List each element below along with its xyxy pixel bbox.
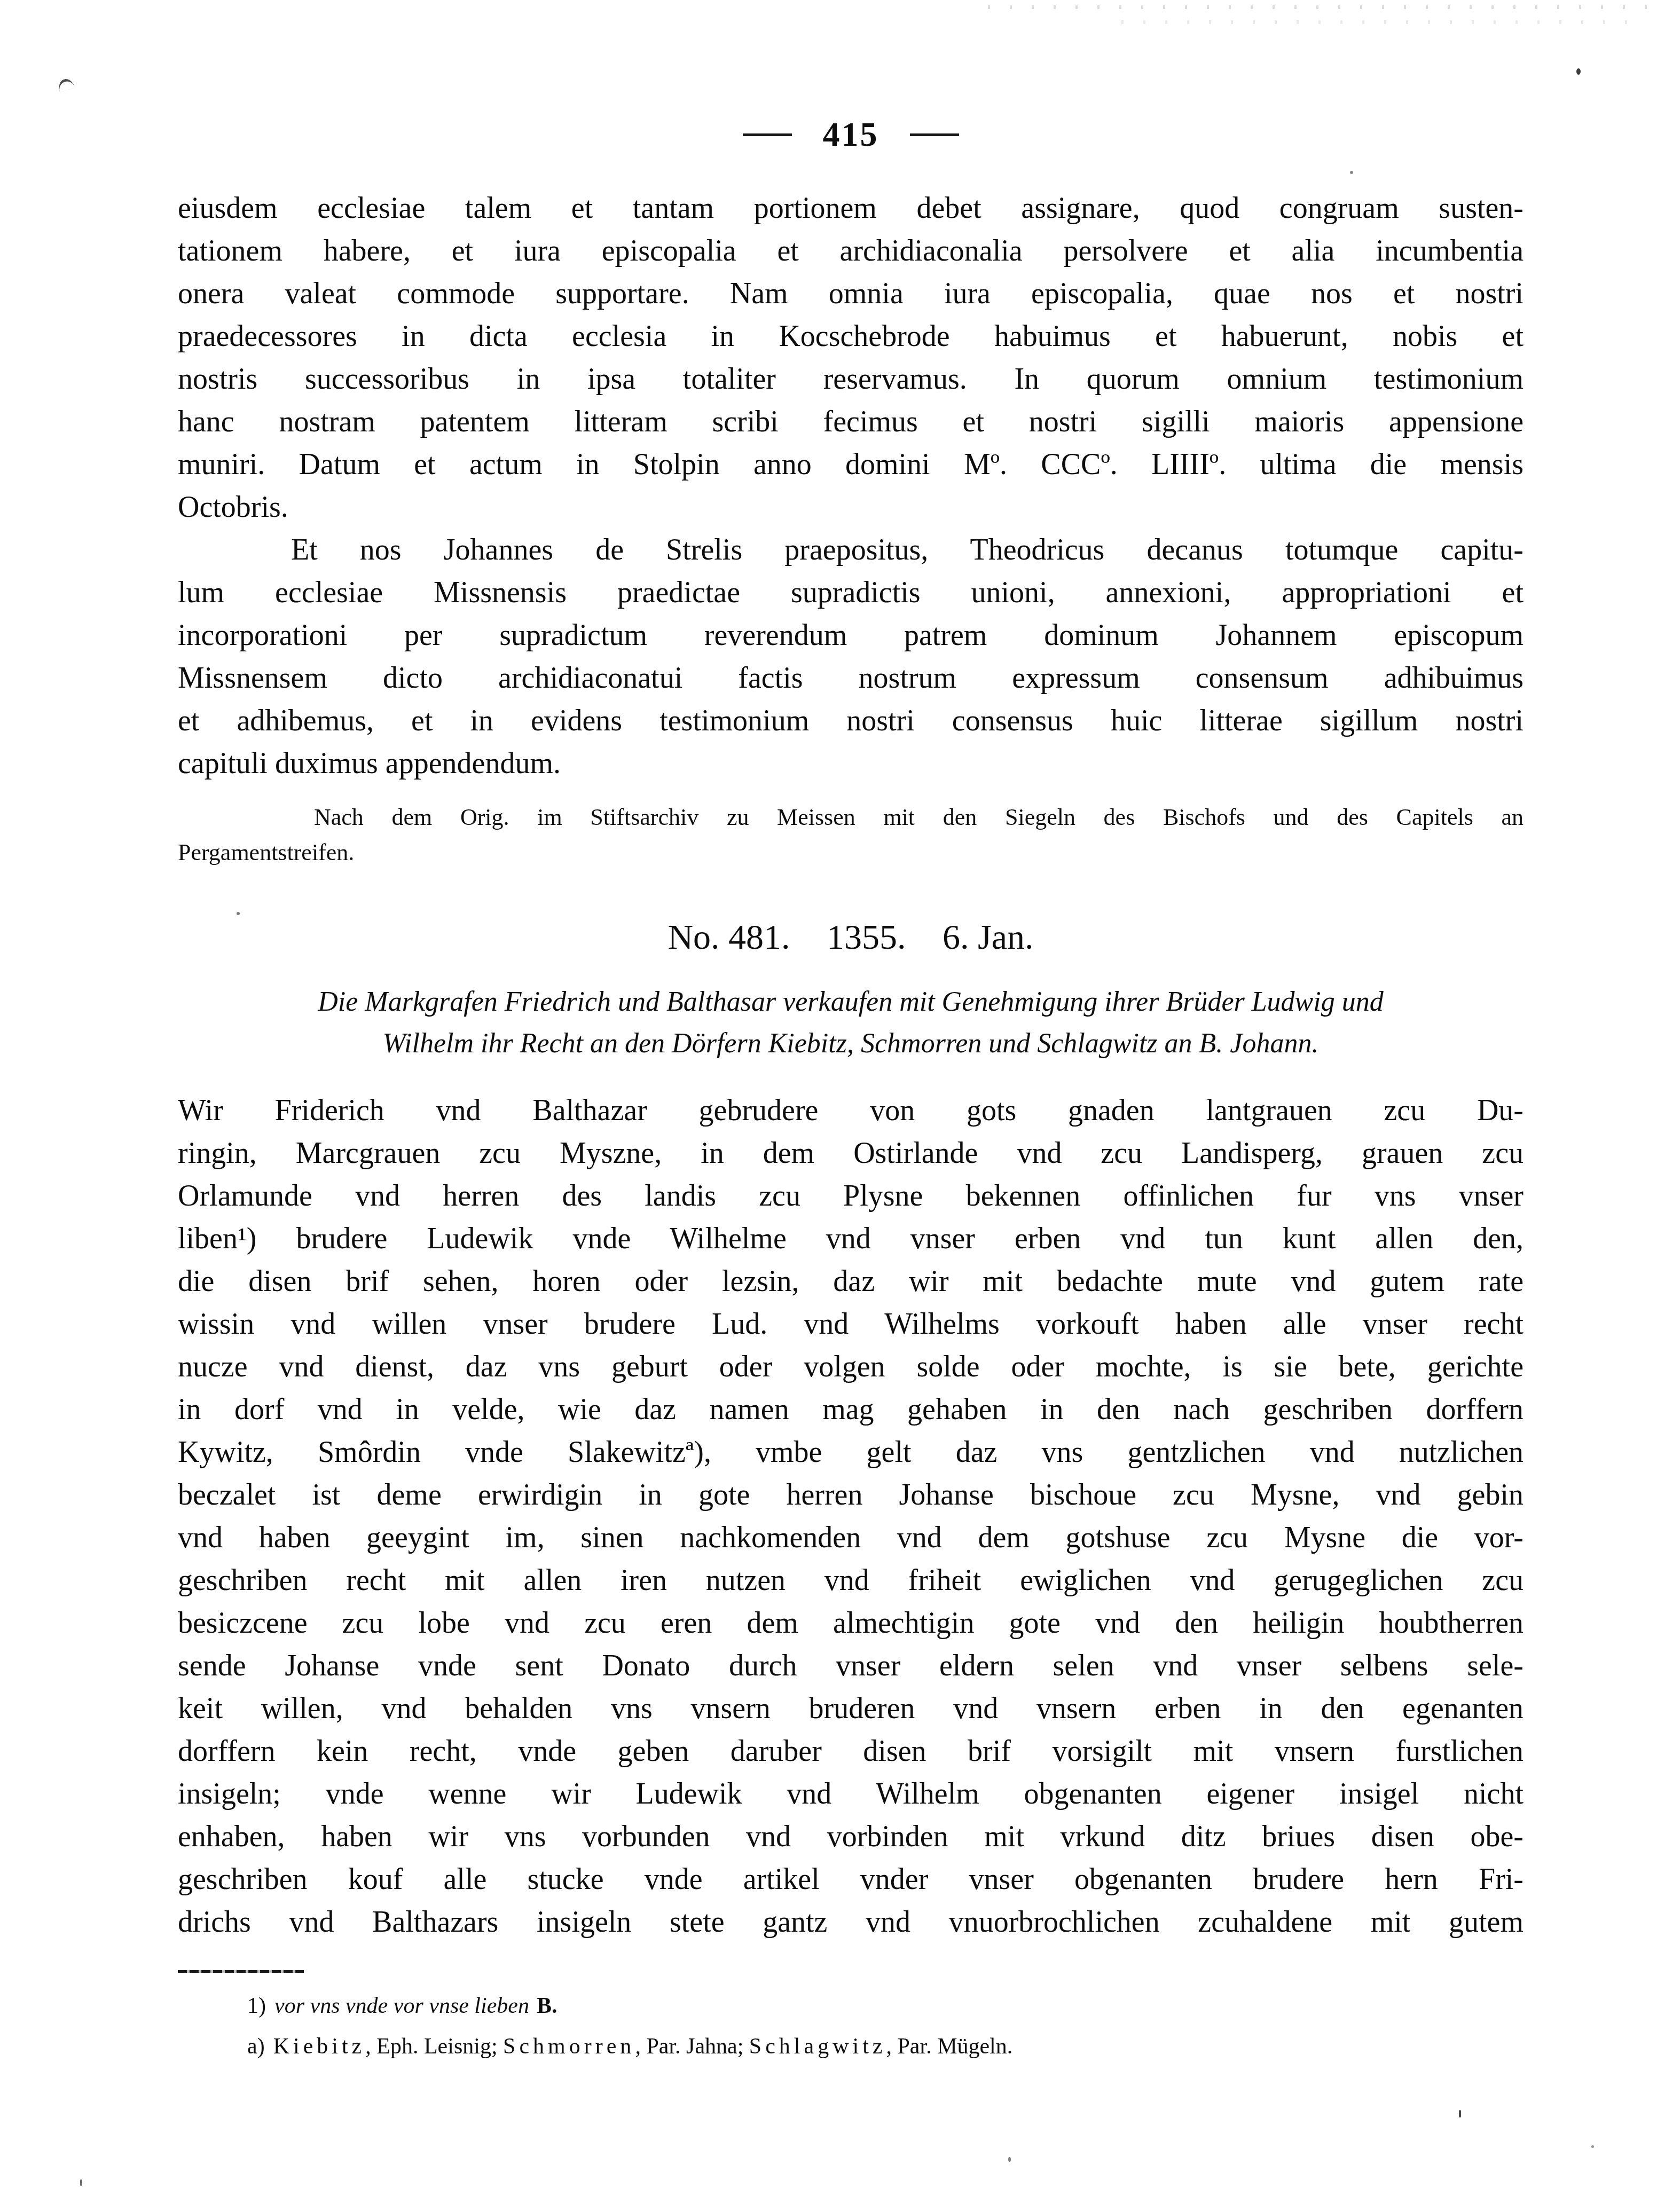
footnote-1-label: 1) bbox=[247, 1994, 266, 2018]
text-line: geschriben recht mit allen iren nutzen v… bbox=[178, 1559, 1524, 1602]
footnote-a: a)Kiebitz, Eph. Leisnig; Schmorren, Par.… bbox=[247, 2026, 1524, 2067]
page-header: 415 bbox=[178, 112, 1524, 157]
text-line: Nach dem Orig. im Stiftsarchiv zu Meisse… bbox=[178, 800, 1524, 835]
text-line: in dorf vnd in velde, wie daz namen mag … bbox=[178, 1388, 1524, 1431]
text-line: besiczcene zcu lobe vnd zcu eren dem alm… bbox=[178, 1602, 1524, 1644]
doc-481-charter-text: Wir Friderich vnd Balthazar gebrudere vo… bbox=[178, 1089, 1524, 1943]
footnote-a-place-1: Kiebitz bbox=[273, 2034, 366, 2059]
text-line: capituli duximus appendendum. bbox=[178, 742, 1524, 785]
doc-year: 1355. bbox=[827, 918, 906, 957]
text-line: nucze vnd dienst, daz vns geburt oder vo… bbox=[178, 1345, 1524, 1388]
text-line: vnd haben geeygint im, sinen nachkomende… bbox=[178, 1516, 1524, 1559]
doc-481-heading: No. 481. 1355. 6. Jan. bbox=[178, 916, 1524, 959]
text-line: tationem habere, et iura episcopalia et … bbox=[178, 230, 1524, 272]
text-line: dorffern kein recht, vnde geben daruber … bbox=[178, 1730, 1524, 1773]
doc-number: No. 481. bbox=[667, 918, 790, 957]
text-line: Wilhelm ihr Recht an den Dörfern Kiebitz… bbox=[178, 1023, 1524, 1065]
doc-480-latin-paragraph: eiusdem ecclesiae talem et tantam portio… bbox=[178, 187, 1524, 529]
scan-mark bbox=[56, 77, 75, 92]
text-line: incorporationi per supradictum reverendu… bbox=[178, 614, 1524, 657]
footnote-a-text: , Par. Mügeln. bbox=[886, 2034, 1012, 2059]
scan-speck bbox=[80, 2179, 82, 2186]
text-line: Octobris. bbox=[178, 486, 1524, 529]
text-line: eiusdem ecclesiae talem et tantam portio… bbox=[178, 187, 1524, 230]
footnote-a-place-2: Schmorren bbox=[503, 2034, 635, 2059]
text-line: Missnensem dicto archidiaconatui factis … bbox=[178, 657, 1524, 699]
text-line: Pergamentstreifen. bbox=[178, 835, 1524, 870]
doc-date: 6. Jan. bbox=[943, 918, 1033, 957]
text-line: onera valeat commode supportare. Nam omn… bbox=[178, 272, 1524, 315]
footnote-1: 1)vor vns vnde vor vnse liebenB. bbox=[247, 1986, 1524, 2026]
text-line: wissin vnd willen vnser brudere Lud. vnd… bbox=[178, 1303, 1524, 1345]
footnote-a-text: , Par. Jahna; bbox=[635, 2034, 749, 2059]
footnote-a-label: a) bbox=[247, 2034, 265, 2059]
text-block: 415 eiusdem ecclesiae talem et tantam po… bbox=[178, 0, 1524, 2067]
page-number: 415 bbox=[823, 117, 879, 152]
footnote-1-siglum: B. bbox=[537, 1994, 557, 2018]
scan-speck bbox=[1591, 2145, 1594, 2148]
text-line: Kywitz, Smôrdin vnde Slakewitzª), vmbe g… bbox=[178, 1431, 1524, 1474]
text-line: ringin, Marcgrauen zcu Myszne, in dem Os… bbox=[178, 1132, 1524, 1175]
doc-480-source-note: Nach dem Orig. im Stiftsarchiv zu Meisse… bbox=[178, 800, 1524, 870]
text-line: liben¹) brudere Ludewik vnde Wilhelme vn… bbox=[178, 1217, 1524, 1260]
text-line: enhaben, haben wir vns vorbunden vnd vor… bbox=[178, 1815, 1524, 1858]
text-line: Orlamunde vnd herren des landis zcu Plys… bbox=[178, 1175, 1524, 1217]
scan-speck bbox=[1459, 2110, 1461, 2117]
footnotes: 1)vor vns vnde vor vnse liebenB. a)Kiebi… bbox=[178, 1986, 1524, 2067]
footnote-1-text: vor vns vnde vor vnse lieben bbox=[274, 1994, 529, 2018]
text-line: hanc nostram patentem litteram scribi fe… bbox=[178, 400, 1524, 443]
footnote-a-place-3: Schlagwitz bbox=[749, 2034, 886, 2059]
text-line: Die Markgrafen Friedrich und Balthasar v… bbox=[178, 981, 1524, 1023]
text-line: geschriben kouf alle stucke vnde artikel… bbox=[178, 1858, 1524, 1901]
scan-speck bbox=[1576, 68, 1581, 75]
doc-480-consent-paragraph: Et nos Johannes de Strelis praepositus, … bbox=[178, 529, 1524, 785]
doc-481-regest: Die Markgrafen Friedrich und Balthasar v… bbox=[178, 981, 1524, 1065]
scan-speck bbox=[1008, 2157, 1011, 2162]
footnote-rule bbox=[178, 1970, 304, 1973]
text-line: nostris successoribus in ipsa totaliter … bbox=[178, 358, 1524, 400]
text-line: keit willen, vnd behalden vns vnsern bru… bbox=[178, 1687, 1524, 1730]
text-line: praedecessores in dicta ecclesia in Kocs… bbox=[178, 315, 1524, 358]
footnote-a-text: , Eph. Leisnig; bbox=[365, 2034, 503, 2059]
scanned-book-page: 415 eiusdem ecclesiae talem et tantam po… bbox=[0, 0, 1657, 2212]
header-dash-left bbox=[743, 133, 792, 136]
text-line: die disen brif sehen, horen oder lezsin,… bbox=[178, 1260, 1524, 1303]
text-line: insigeln; vnde wenne wir Ludewik vnd Wil… bbox=[178, 1773, 1524, 1815]
header-dash-right bbox=[910, 133, 959, 136]
text-line: et adhibemus, et in evidens testimonium … bbox=[178, 699, 1524, 742]
text-line: lum ecclesiae Missnensis praedictae supr… bbox=[178, 571, 1524, 614]
text-line: beczalet ist deme erwirdigin in gote her… bbox=[178, 1474, 1524, 1516]
text-line: Et nos Johannes de Strelis praepositus, … bbox=[178, 529, 1524, 571]
text-line: sende Johanse vnde sent Donato durch vns… bbox=[178, 1644, 1524, 1687]
text-line: muniri. Datum et actum in Stolpin anno d… bbox=[178, 443, 1524, 486]
text-line: drichs vnd Balthazars insigeln stete gan… bbox=[178, 1901, 1524, 1943]
text-line: Wir Friderich vnd Balthazar gebrudere vo… bbox=[178, 1089, 1524, 1132]
